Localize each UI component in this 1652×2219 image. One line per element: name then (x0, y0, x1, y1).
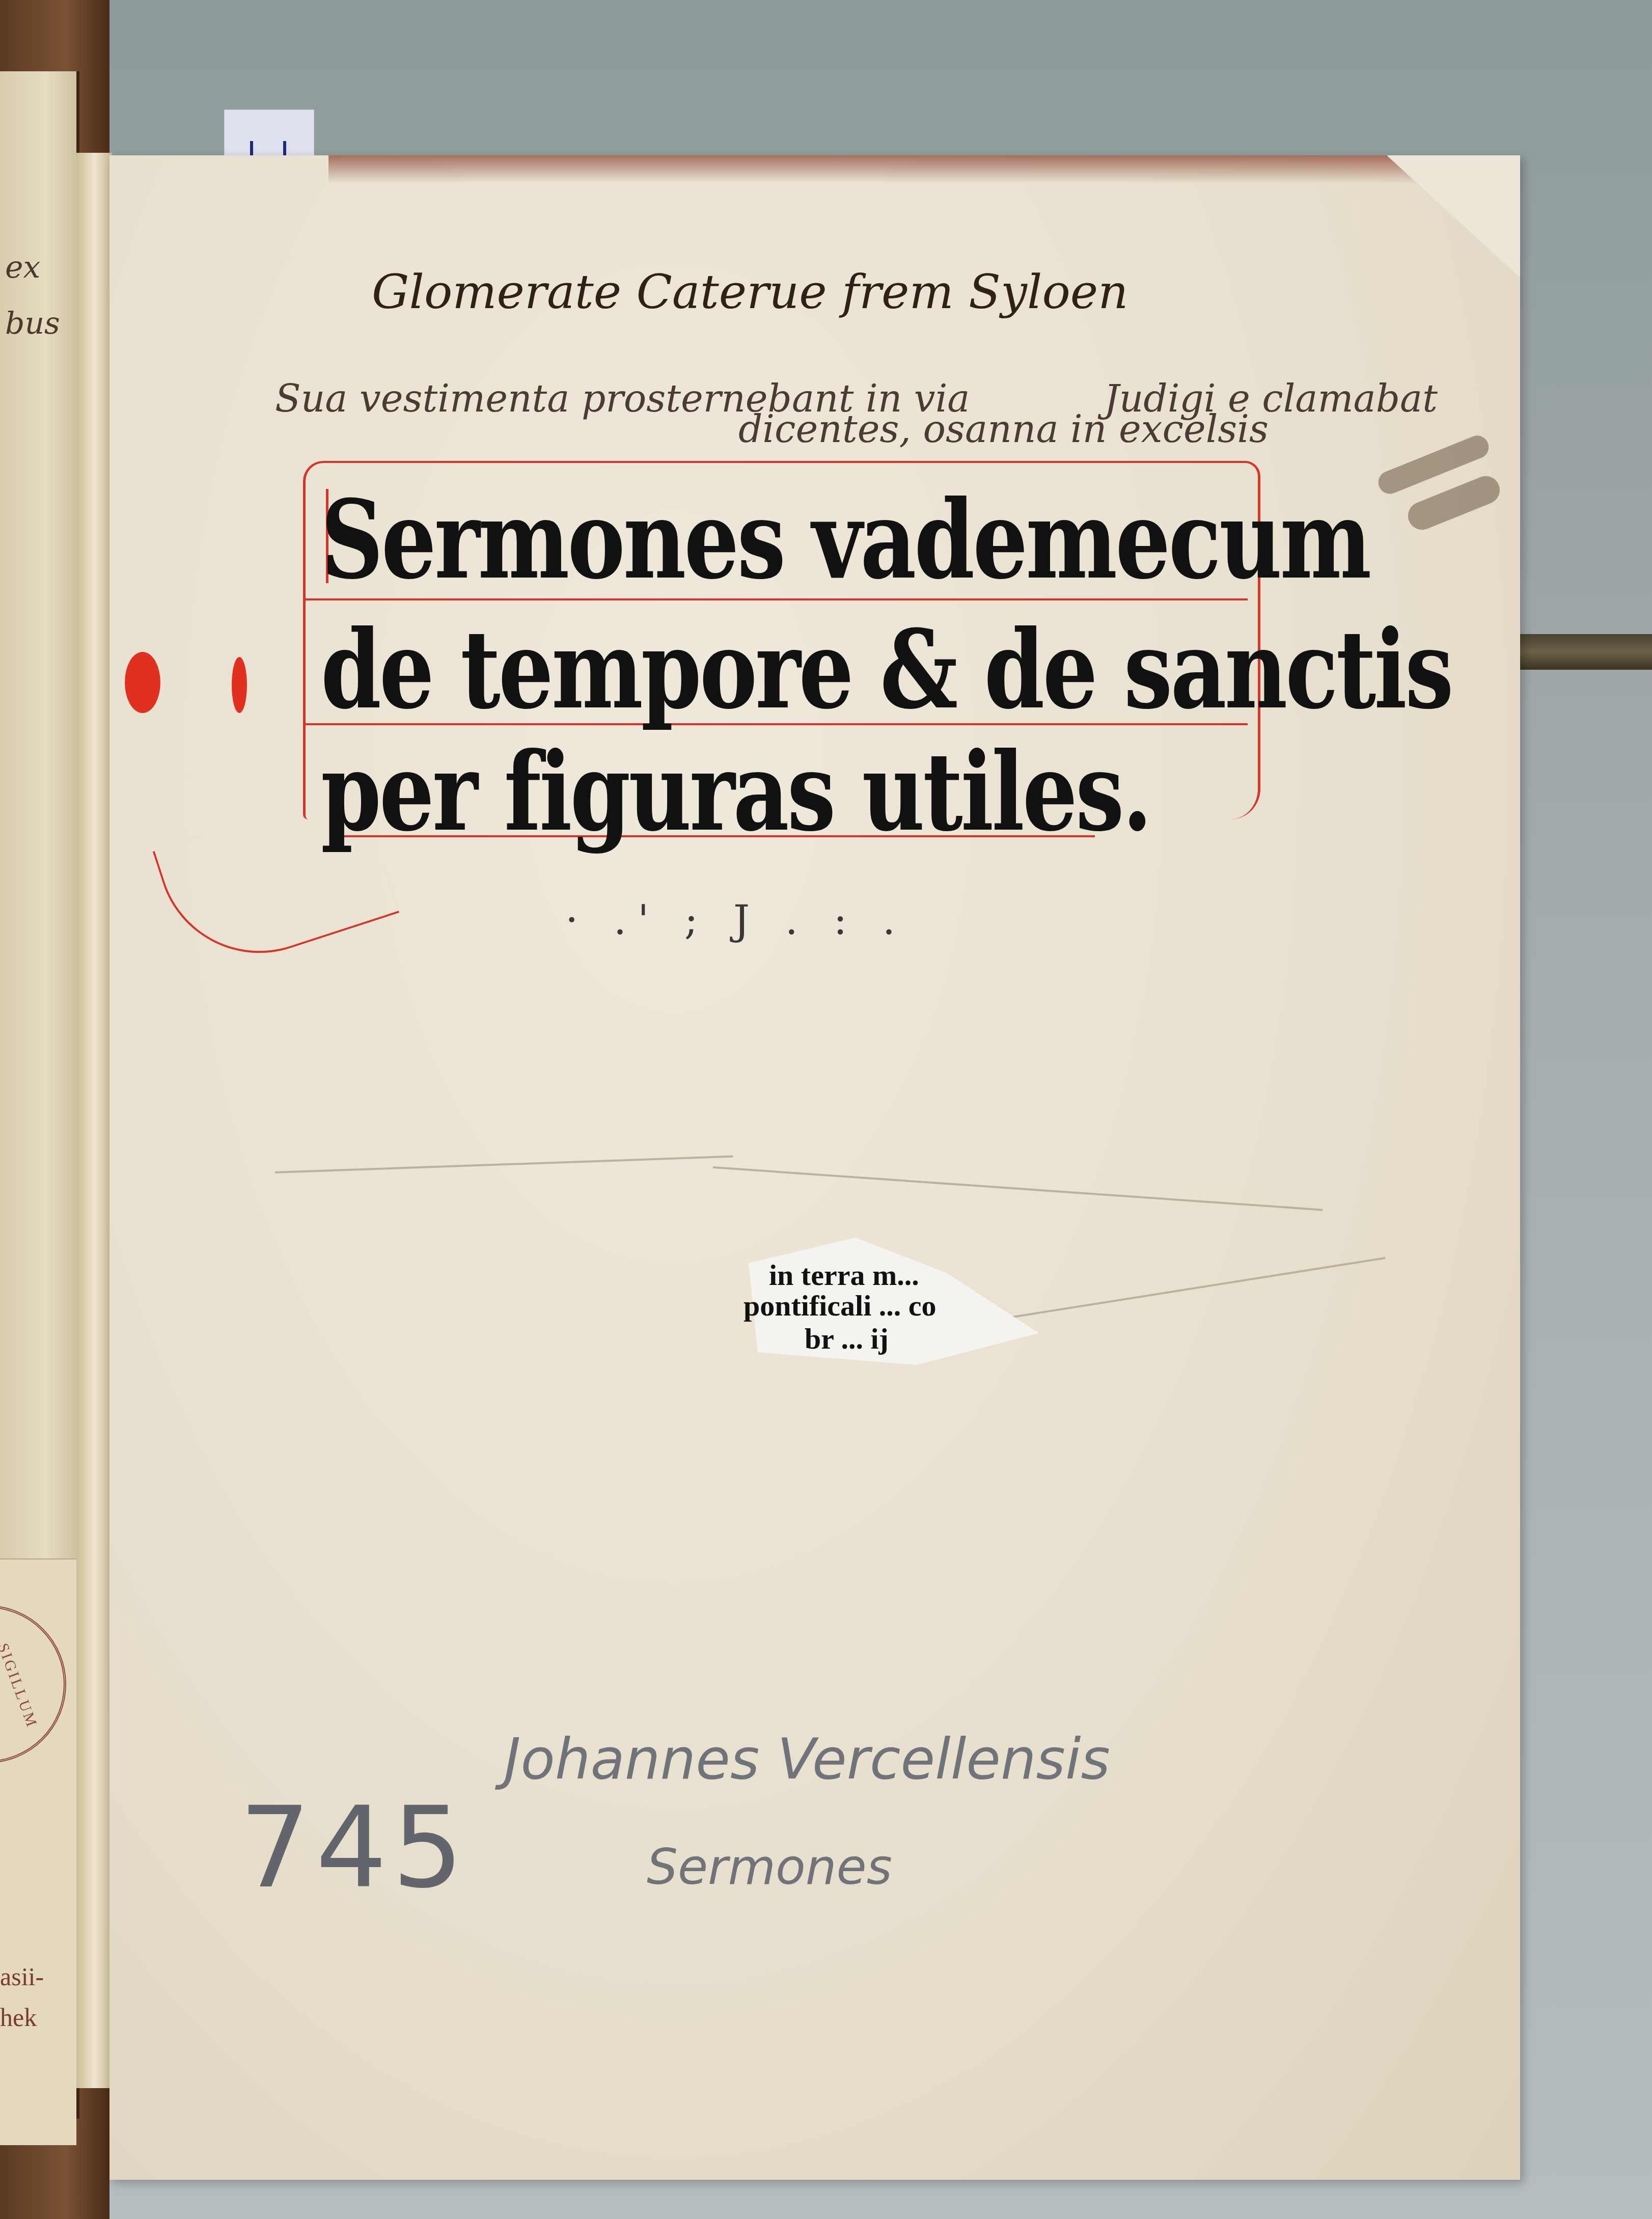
label-text-line-2: hek (0, 2003, 37, 2032)
pencil-title-note: Sermones (647, 1839, 892, 1896)
pencil-shelfmark: 745 (239, 1783, 469, 1913)
pastedown-manuscript: ex bus (5, 239, 60, 351)
red-ink-mark (125, 652, 160, 713)
top-edge-stain (328, 155, 1500, 183)
spine-hinge (76, 153, 112, 2088)
fragment-line-3: br ... ij (805, 1322, 889, 1356)
tab-mark-icon (283, 141, 286, 156)
inscription-line-3: dicentes, osanna in excelsis (738, 407, 1269, 451)
tab-mark-icon (250, 141, 253, 156)
pastedown-word-1: ex (5, 239, 60, 295)
folded-corner (1387, 155, 1520, 278)
offset-type-traces: · .' ; J . : . (565, 896, 906, 944)
pastedown-word-2: bus (5, 295, 60, 351)
metal-clasp (1520, 634, 1652, 670)
fragment-line-2: pontificali ... co (744, 1289, 937, 1323)
label-text-line-1: asii- (0, 1962, 44, 1991)
title-line-2: de tempore & de sanctis (321, 606, 1452, 733)
title-line-1: Sermones vademecum (321, 476, 1369, 604)
paper-tab-slip (224, 109, 314, 159)
red-ink-mark (232, 657, 247, 713)
library-label: SIGILLUM asii- hek (0, 1558, 76, 2145)
inscription-line-1: Glomerate Caterue frem Syloen (372, 265, 1128, 319)
title-line-3: per figuras utiles. (321, 728, 1150, 856)
pencil-author-note: Johannes Vercellensis (504, 1727, 1110, 1792)
fragment-line-1: in terra m... (769, 1258, 919, 1292)
